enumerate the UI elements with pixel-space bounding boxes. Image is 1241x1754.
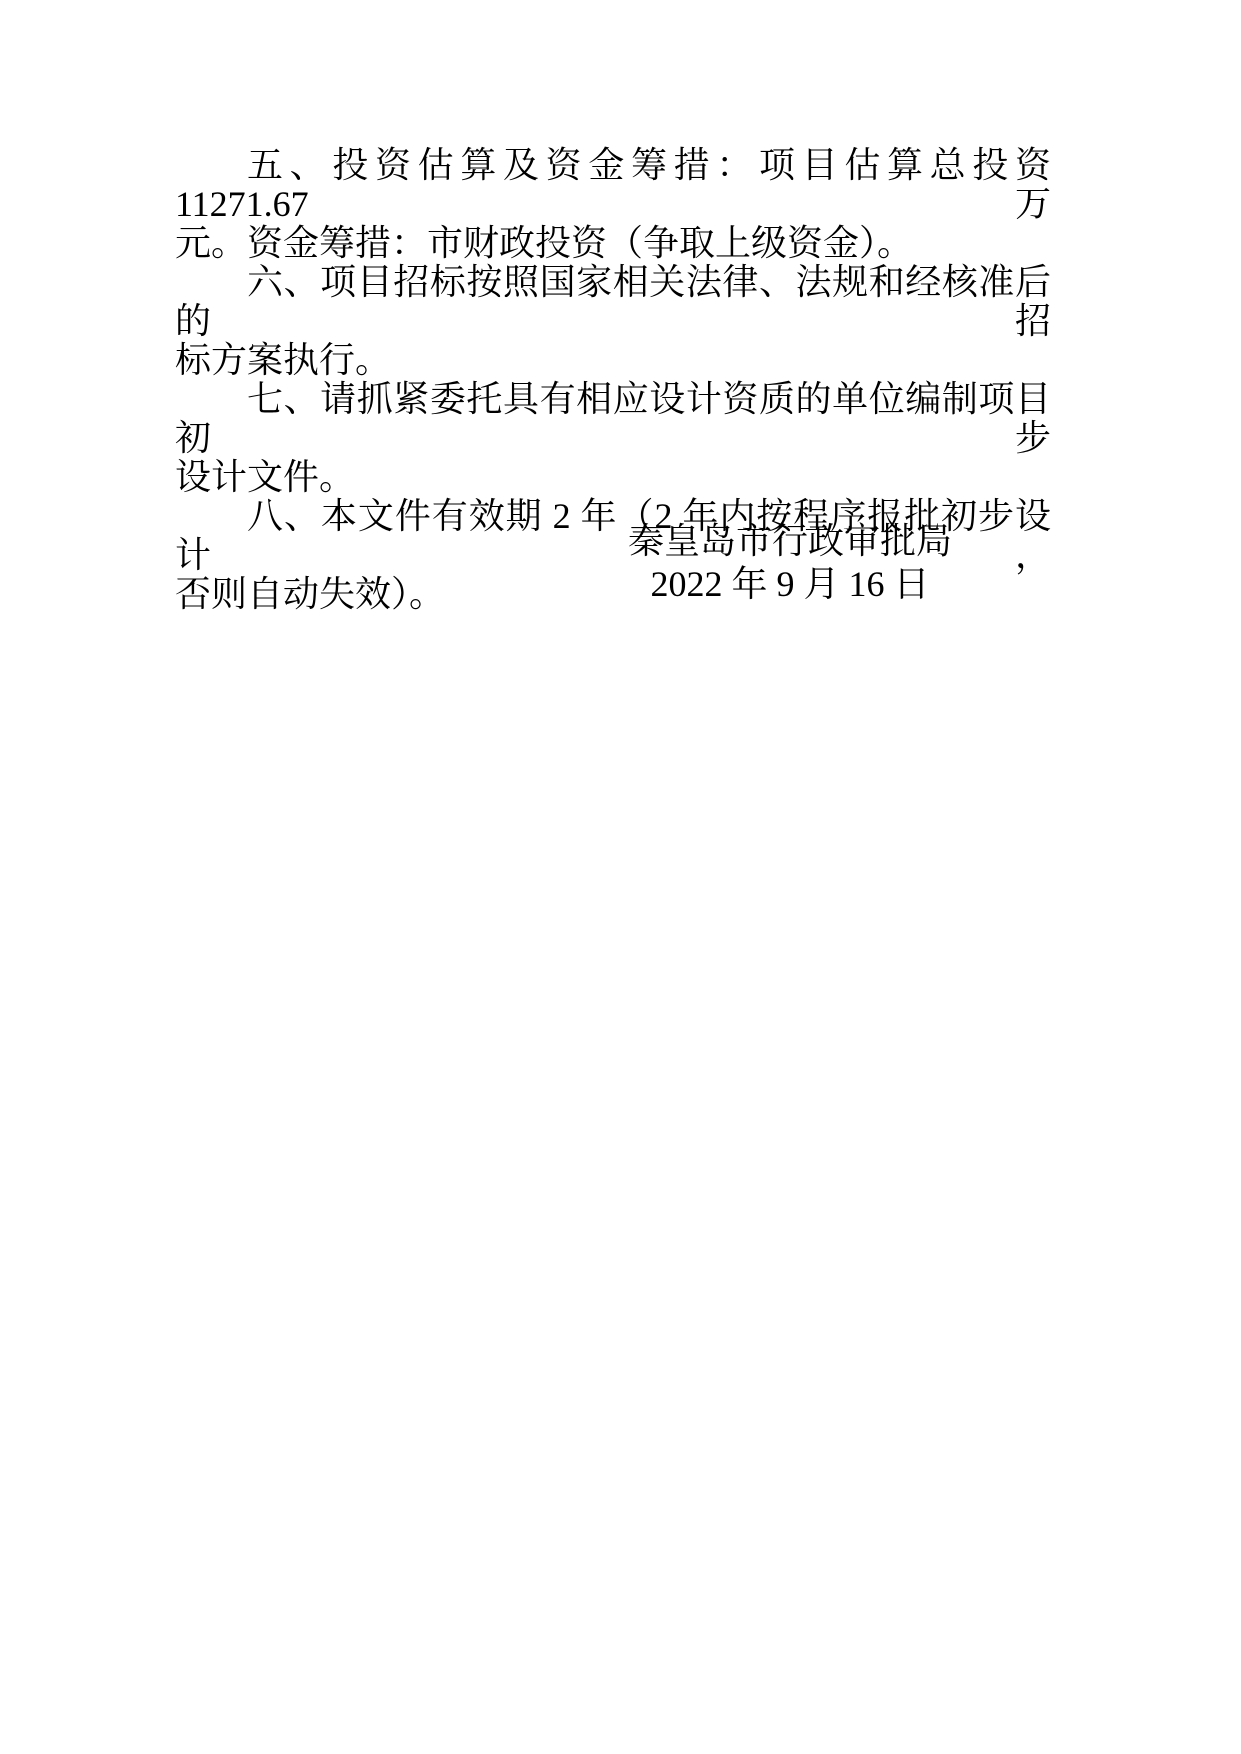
signature-date: 2022 年 9 月 16 日 [628,563,952,606]
paragraph-5-line-1: 五、投资估算及资金筹措：项目估算总投资 11271.67 万 [175,146,1051,224]
paragraph-item-6: 六、项目招标按照国家相关法律、法规和经核准后的招 标方案执行。 [175,263,1051,380]
paragraph-item-7: 七、请抓紧委托具有相应设计资质的单位编制项目初步 设计文件。 [175,380,1051,497]
signature-agency-name: 秦皇岛市行政审批局 [628,520,952,563]
paragraph-item-5: 五、投资估算及资金筹措：项目估算总投资 11271.67 万 元。资金筹措：市财… [175,146,1051,263]
signature-block: 秦皇岛市行政审批局 2022 年 9 月 16 日 [628,520,952,606]
paragraph-6-line-1: 六、项目招标按照国家相关法律、法规和经核准后的招 [175,263,1051,341]
paragraph-6-line-2: 标方案执行。 [175,341,1051,380]
paragraph-7-line-2: 设计文件。 [175,458,1051,497]
document-page: 五、投资估算及资金筹措：项目估算总投资 11271.67 万 元。资金筹措：市财… [0,0,1241,1754]
paragraph-7-line-1: 七、请抓紧委托具有相应设计资质的单位编制项目初步 [175,380,1051,458]
paragraph-5-line-2: 元。资金筹措：市财政投资（争取上级资金）。 [175,224,1051,263]
